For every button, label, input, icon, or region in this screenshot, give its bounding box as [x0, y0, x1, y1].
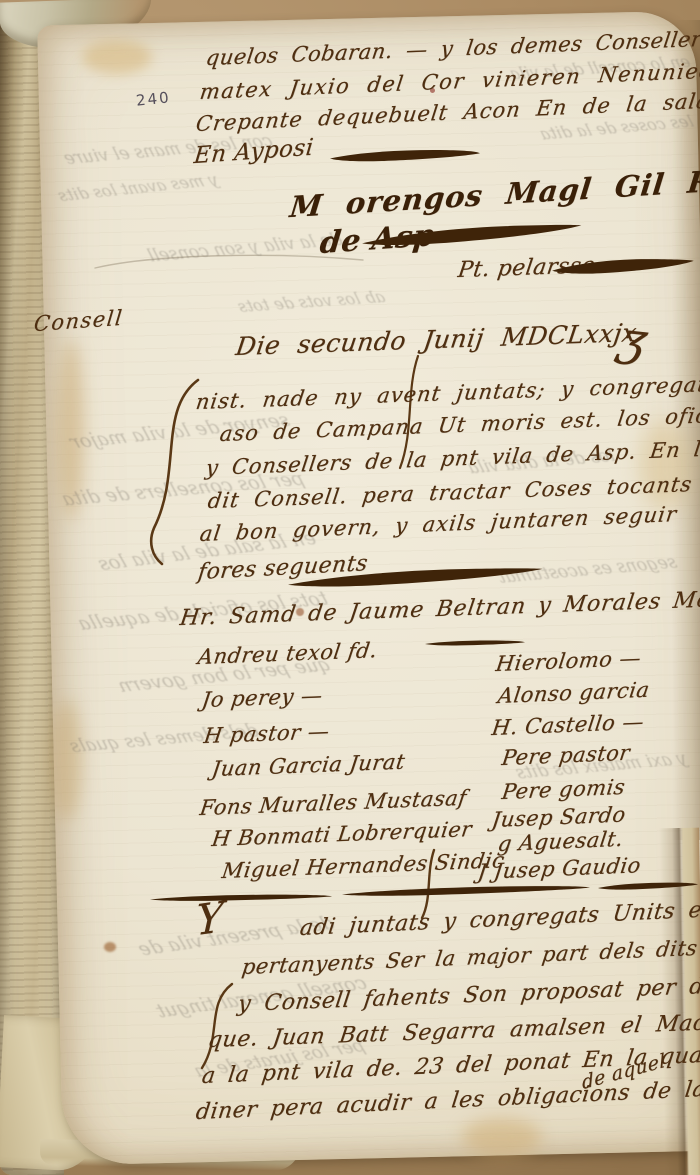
paragraph-initial: Y: [195, 892, 225, 946]
paragraph-flourish: [198, 982, 238, 1070]
manuscript-photo: con les de mans el viure y mes avant los…: [0, 0, 700, 1175]
foxing-spot: [104, 942, 116, 952]
folio-number: 240: [135, 88, 171, 110]
stain: [462, 1118, 542, 1156]
stain: [52, 700, 82, 820]
stain: [82, 40, 152, 74]
attendee-name: H pastor —: [202, 719, 331, 748]
attendee-name: Jo perey —: [200, 683, 324, 712]
